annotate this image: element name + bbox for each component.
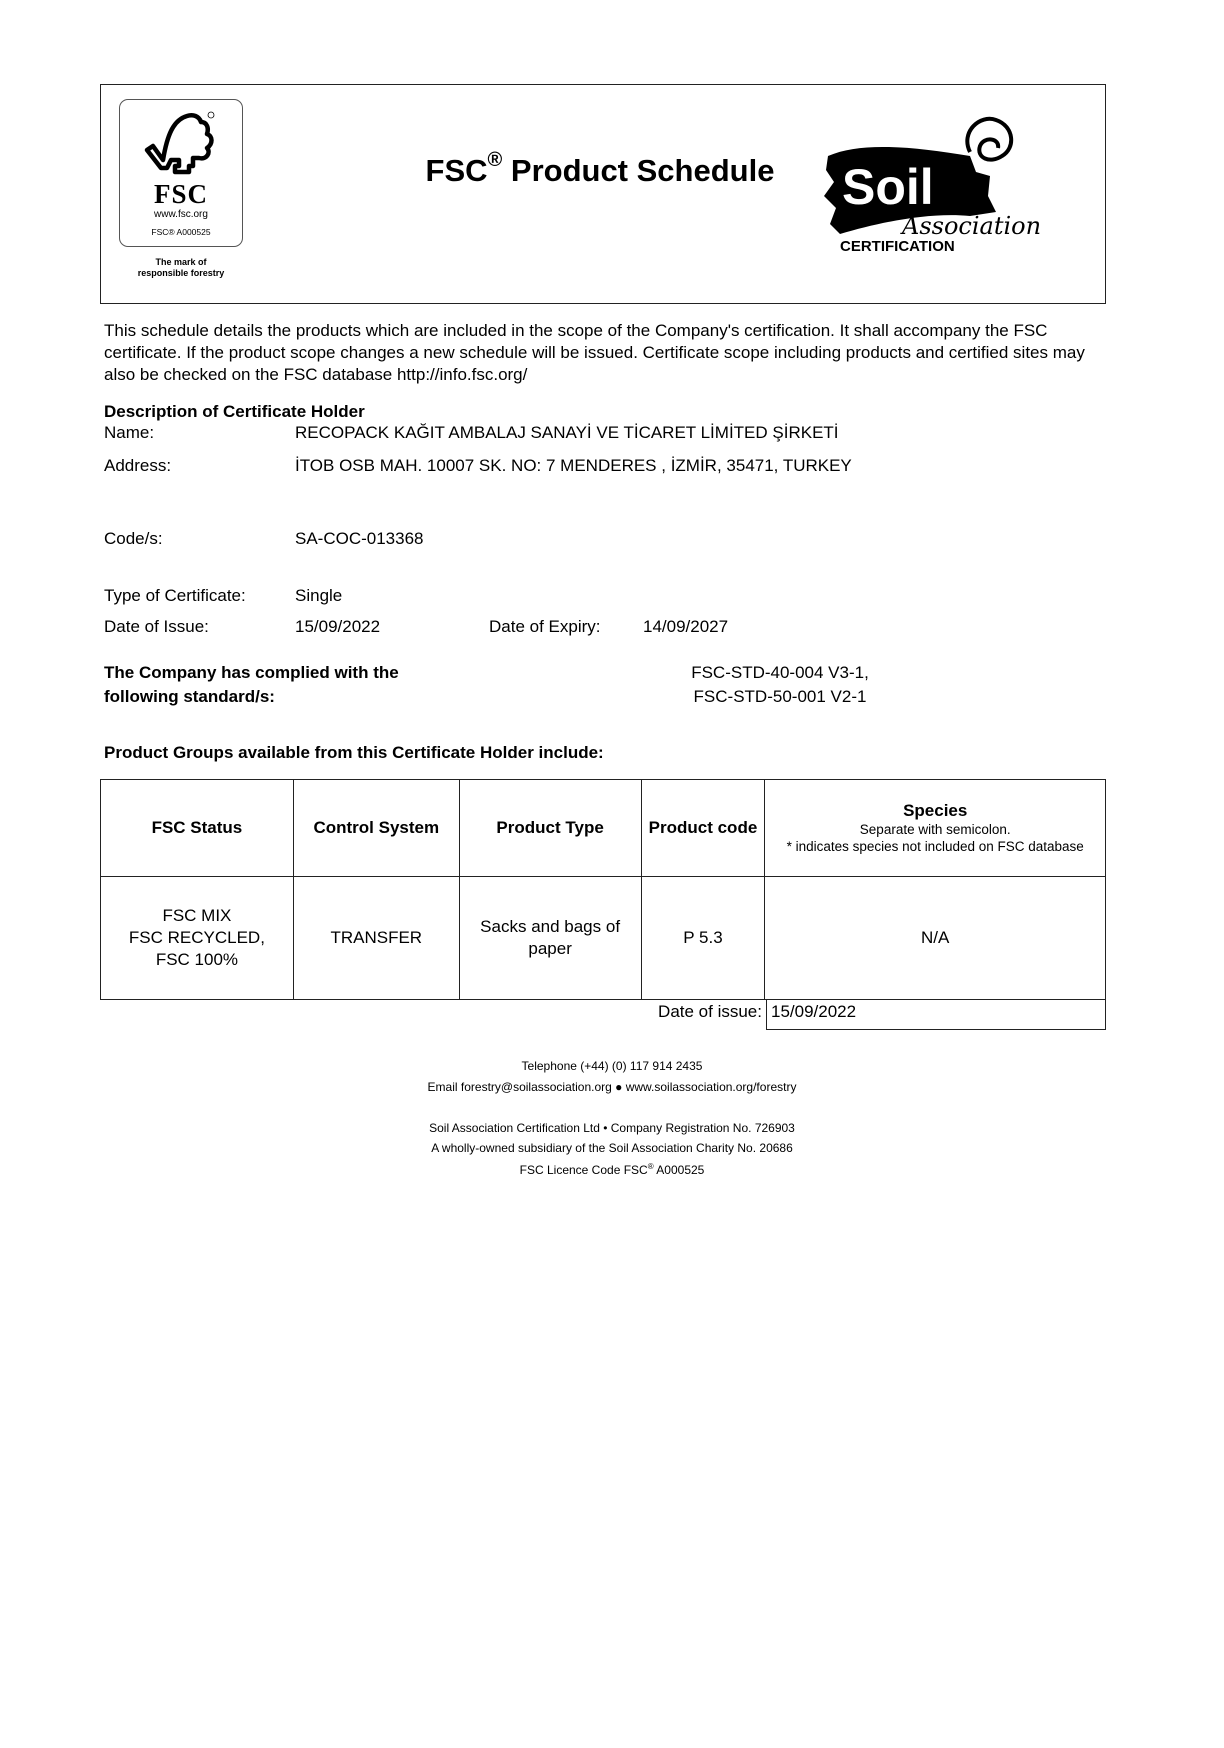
header-control-system: Control System xyxy=(293,780,459,877)
table-row: FSC MIX FSC RECYCLED, FSC 100% TRANSFER … xyxy=(101,877,1106,1000)
footer-licence: FSC Licence Code FSC® A000525 xyxy=(300,1162,924,1177)
holder-name: RECOPACK KAĞIT AMBALAJ SANAYİ VE TİCARET… xyxy=(295,423,839,443)
licence-code: A000525 xyxy=(654,1163,705,1177)
certificate-code: SA-COC-013368 xyxy=(295,529,424,549)
header-product-type: Product Type xyxy=(459,780,641,877)
code-label: Code/s: xyxy=(104,529,163,549)
species-note-2: * indicates species not included on FSC … xyxy=(768,838,1102,855)
name-label: Name: xyxy=(104,423,154,443)
species-title: Species xyxy=(768,801,1102,821)
title-rest: Product Schedule xyxy=(502,153,774,188)
type-line-1: Sacks and bags of xyxy=(463,916,638,938)
date-of-issue-value: 15/09/2022 xyxy=(766,1000,1106,1030)
soil-logo-caption: CERTIFICATION xyxy=(840,238,955,255)
status-line-3: FSC 100% xyxy=(104,949,290,971)
header-species: Species Separate with semicolon. * indic… xyxy=(765,780,1106,877)
products-heading: Product Groups available from this Certi… xyxy=(104,743,604,763)
footer-subsidiary: A wholly-owned subsidiary of the Soil As… xyxy=(300,1141,924,1155)
status-line-2: FSC RECYCLED, xyxy=(104,927,290,949)
standard-2: FSC-STD-50-001 V2-1 xyxy=(640,687,920,707)
status-line-1: FSC MIX xyxy=(104,905,290,927)
header-product-code: Product code xyxy=(641,780,765,877)
fsc-logo-word: FSC xyxy=(120,182,242,206)
page-title: FSC® Product Schedule xyxy=(400,153,800,189)
footer-email: Email forestry@soilassociation.org ● www… xyxy=(300,1080,924,1094)
address-label: Address: xyxy=(104,456,171,476)
header-fsc-status: FSC Status xyxy=(101,780,294,877)
cell-species: N/A xyxy=(765,877,1106,1000)
title-fsc: FSC xyxy=(426,153,488,188)
footer-company: Soil Association Certification Ltd • Com… xyxy=(300,1121,924,1135)
soil-logo-script: Association xyxy=(900,212,1040,240)
footer-telephone: Telephone (+44) (0) 117 914 2435 xyxy=(300,1059,924,1073)
cell-product-code: P 5.3 xyxy=(641,877,765,1000)
standards-label-1: The Company has complied with the xyxy=(104,663,399,683)
licence-prefix: FSC Licence Code FSC xyxy=(520,1163,648,1177)
fsc-logo-code: FSC® A000525 xyxy=(120,227,242,237)
standard-1: FSC-STD-40-004 V3-1, xyxy=(640,663,920,683)
title-registered-mark: ® xyxy=(488,149,503,171)
species-note-1: Separate with semicolon. xyxy=(768,821,1102,838)
certificate-type: Single xyxy=(295,586,342,606)
fsc-tagline: The mark of responsible forestry xyxy=(113,257,249,279)
holder-heading: Description of Certificate Holder xyxy=(104,402,365,422)
fsc-tagline-line-2: responsible forestry xyxy=(113,268,249,279)
fsc-tagline-line-1: The mark of xyxy=(113,257,249,268)
holder-address: İTOB OSB MAH. 10007 SK. NO: 7 MENDERES ,… xyxy=(295,456,852,476)
product-groups-table: FSC Status Control System Product Type P… xyxy=(100,779,1106,1000)
fsc-logo-url: www.fsc.org xyxy=(120,209,242,220)
soil-logo-word: Soil xyxy=(842,159,934,215)
issue-label: Date of Issue: xyxy=(104,617,209,637)
issue-date: 15/09/2022 xyxy=(295,617,380,637)
type-label: Type of Certificate: xyxy=(104,586,246,606)
fsc-tree-checkmark-icon xyxy=(141,106,221,182)
fsc-logo: FSC www.fsc.org FSC® A000525 xyxy=(119,99,243,247)
soil-association-logo: Soil Association CERTIFICATION xyxy=(820,112,1040,262)
standards-label-2: following standard/s: xyxy=(104,687,275,707)
table-header-row: FSC Status Control System Product Type P… xyxy=(101,780,1106,877)
cell-product-type: Sacks and bags of paper xyxy=(459,877,641,1000)
type-line-2: paper xyxy=(463,938,638,960)
intro-paragraph: This schedule details the products which… xyxy=(104,320,1104,386)
date-of-issue-label: Date of issue: xyxy=(620,1002,762,1022)
expiry-date: 14/09/2027 xyxy=(643,617,728,637)
cell-control-system: TRANSFER xyxy=(293,877,459,1000)
expiry-label: Date of Expiry: xyxy=(489,617,601,637)
cell-fsc-status: FSC MIX FSC RECYCLED, FSC 100% xyxy=(101,877,294,1000)
